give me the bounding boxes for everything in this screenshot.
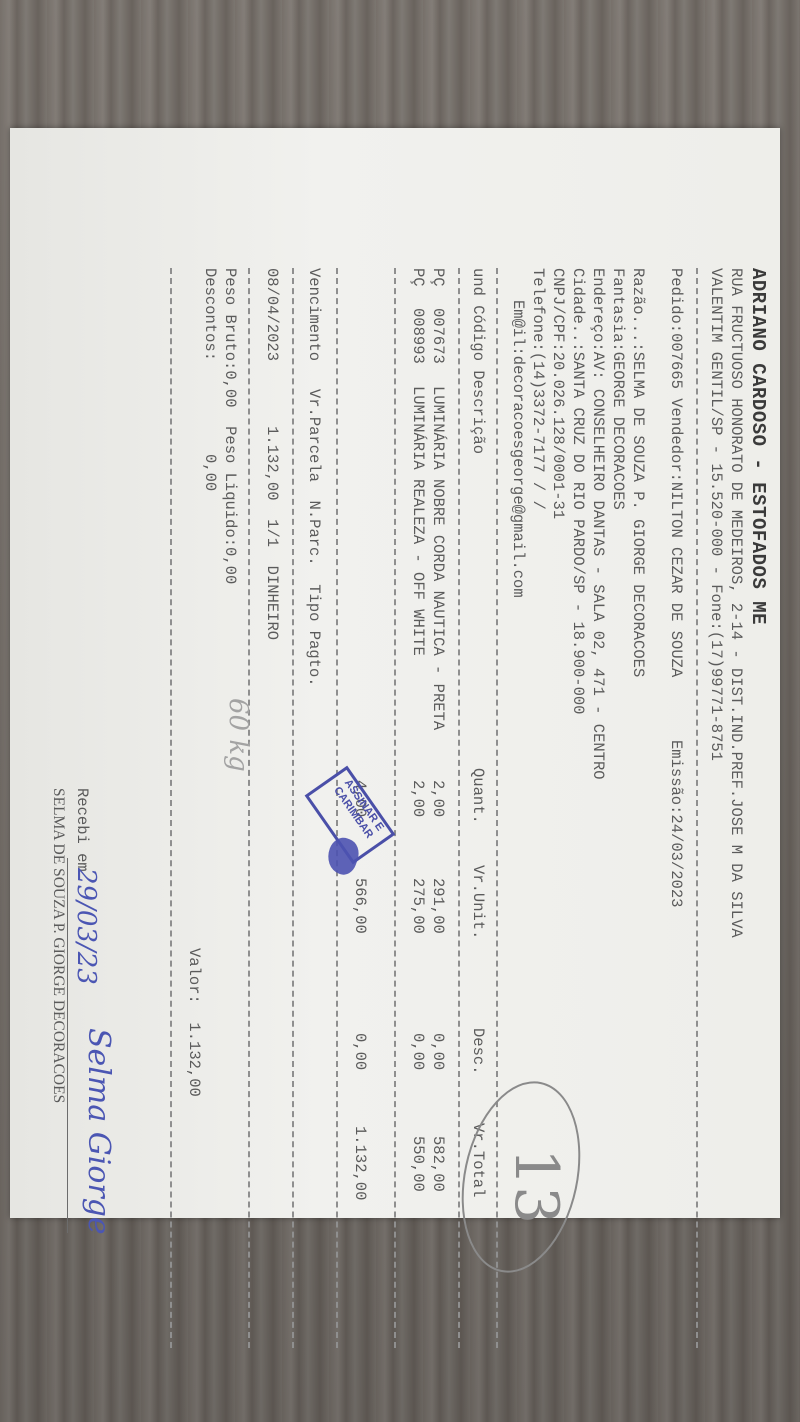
signer-name: SELMA DE SOUZA P. GIORGE DECORACOES	[48, 788, 69, 1103]
total-discount: 0,00	[350, 1033, 371, 1070]
row-discount: 0,00	[408, 1033, 429, 1070]
payment-header: Vencimento Vr.Parcela N.Parc. Tipo Pagto…	[304, 268, 325, 687]
row-total: 582,00	[428, 1136, 449, 1192]
customer-razao: Razão...:SELMA DE SOUZA P. GIORGE DECORA…	[628, 268, 649, 677]
row-total: 550,00	[408, 1136, 429, 1192]
divider	[458, 268, 460, 1348]
circled-number: 13	[506, 1148, 566, 1224]
payment-row: 08/04/2023 1.132,00 1/1 DINHEIRO	[262, 268, 283, 640]
customer-city: Cidade..:SANTA CRUZ DO RIO PARDO/SP - 18…	[568, 268, 589, 714]
discounts-line: Descontos: 0,00	[200, 268, 221, 491]
receipt-paper: ADRIANO CARDOSO - ESTOFADOS ME RUA FRUCT…	[10, 128, 780, 1218]
company-city-phone: VALENTIM GENTIL/SP - 15.520-000 - Fone:(…	[706, 268, 727, 761]
divider	[292, 268, 294, 1348]
order-info: Pedido:007665 Vendedor:NILTON CEZAR DE S…	[666, 268, 687, 677]
row-description: LUMINÁRIA NOBRE CORDA NAUTICA - PRETA	[428, 386, 449, 730]
customer-address: Endereço:AV: CONSELHEIRO DANTAS - SALA 0…	[588, 268, 609, 780]
divider	[170, 268, 172, 1348]
row-discount: 0,00	[428, 1033, 449, 1070]
items-header-desc: Desc.	[468, 1028, 489, 1075]
row-unit-price: 291,00	[428, 878, 449, 934]
items-header-unit: Vr.Unit.	[468, 865, 489, 939]
items-header-left: und Código Descrição	[468, 268, 489, 454]
row-unit-price: 275,00	[408, 878, 429, 934]
receipt-content: ADRIANO CARDOSO - ESTOFADOS ME RUA FRUCT…	[18, 268, 778, 1348]
issue-date: Emissão:24/03/2023	[666, 740, 687, 907]
items-header-quant: Quant.	[468, 768, 489, 824]
row-quant: 2,00	[428, 780, 449, 817]
company-address: RUA FRUCTUOSO HONORATO DE MEDEIROS, 2-14…	[726, 268, 747, 938]
total-value: 1.132,00	[350, 1126, 371, 1200]
divider	[248, 268, 250, 1348]
total-unit: 566,00	[350, 878, 371, 934]
customer-cnpj: CNPJ/CPF:20.026.128/0001-31	[548, 268, 569, 519]
divider	[696, 268, 698, 1348]
handwritten-signature: Selma Giorge	[88, 1028, 109, 1235]
received-label: Recebi em	[72, 788, 93, 872]
divider	[394, 268, 396, 1348]
row-unit: PÇ	[428, 268, 449, 287]
row-code: 007673	[428, 308, 449, 364]
customer-phone: Telefone:(14)3372-7177 / /	[528, 268, 549, 510]
handwritten-date: 29/03/23	[76, 868, 97, 985]
row-unit: PÇ	[408, 268, 429, 287]
row-code: 008993	[408, 308, 429, 364]
customer-email: Em@il:decoracoesgeorge@gmail.com	[508, 300, 529, 598]
row-description: LUMINÁRIA REALEZA - OFF WHITE	[408, 386, 429, 656]
weights-line: Peso Bruto:0,00 Peso Liquido:0,00	[220, 268, 241, 584]
customer-fantasia: Fantasia:GEORGE DECORACOES	[608, 268, 629, 510]
weight-note: 60 kg	[228, 698, 249, 772]
row-quant: 2,00	[408, 780, 429, 817]
valor-total: Valor: 1.132,00	[184, 948, 205, 1097]
company-name: ADRIANO CARDOSO - ESTOFADOS ME	[748, 268, 769, 625]
